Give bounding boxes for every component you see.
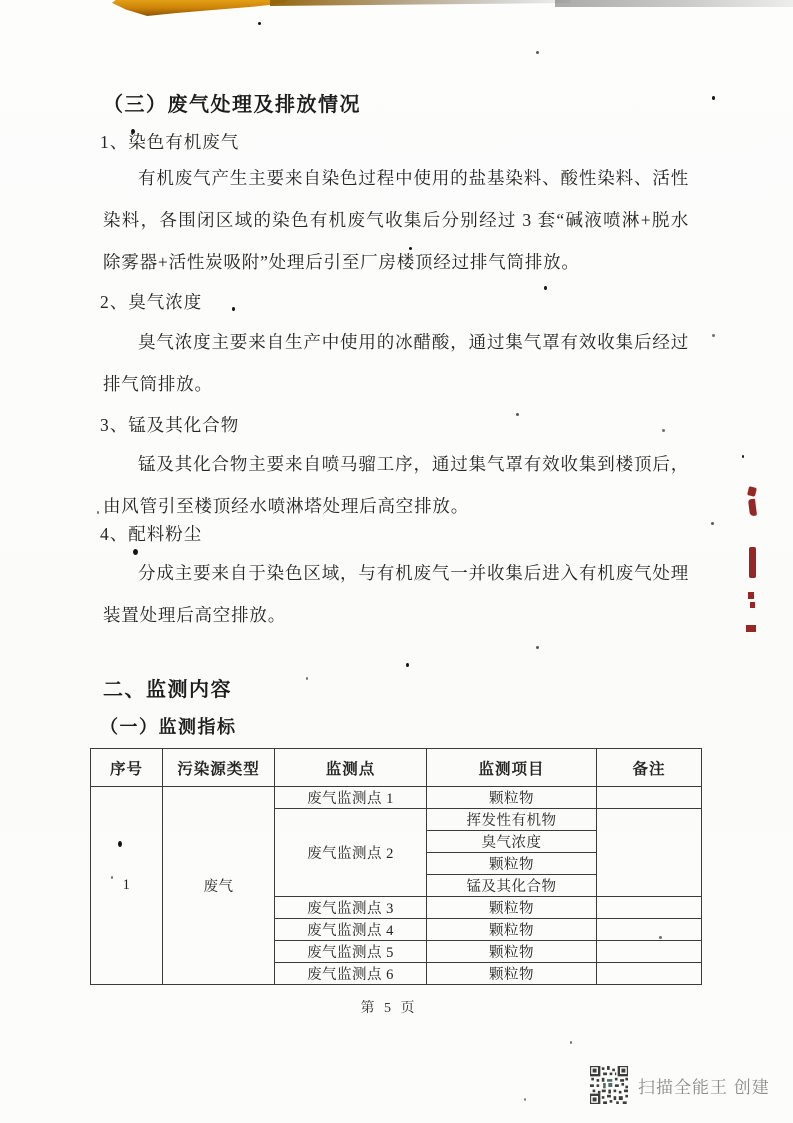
seal-fragment [749,547,756,578]
ink-speck [524,1098,526,1101]
monitoring-point-cell: 废气监测点 2 [275,809,427,897]
subsection-heading-monitoring-indicators: （一）监测指标 [100,713,237,739]
paragraph-manganese-compounds: 锰及其化合物主要来自喷马骝工序，通过集气罩有效收集到楼顶后，由风管引至楼顶经水喷… [103,443,689,527]
ink-speck [536,646,539,649]
section-heading-monitoring-content: 二、监测内容 [103,673,232,702]
monitoring-point-cell: 废气监测点 6 [275,963,427,985]
ink-speck [258,22,261,25]
monitoring-item-cell: 挥发性有机物 [427,809,597,831]
item-label-3: 3、锰及其化合物 [100,412,239,437]
ink-speck [712,334,715,337]
monitoring-item-cell: 颗粒物 [427,919,597,941]
monitoring-point-cell: 废气监测点 5 [275,941,427,963]
header-monitoring-point: 监测点 [275,749,427,787]
seal-fragment [747,486,757,497]
ink-speck [306,677,308,680]
monitoring-item-cell: 颗粒物 [427,897,597,919]
paragraph-odor-concentration: 臭气浓度主要来自生产中使用的冰醋酸，通过集气罩有效收集后经过排气筒排放。 [103,321,689,405]
monitoring-item-cell: 颗粒物 [427,787,597,809]
paragraph-batching-dust: 分成主要来自于染色区域，与有机废气一并收集后进入有机废气处理装置处理后高空排放。 [103,552,689,636]
monitoring-point-cell: 废气监测点 4 [275,919,427,941]
monitoring-indicators-table: 序号 污染源类型 监测点 监测项目 备注 1 废气 废气监测点 1 颗粒物 废气… [90,748,702,985]
remarks-cell [597,787,702,809]
remarks-cell [597,941,702,963]
monitoring-item-cell: 颗粒物 [427,963,597,985]
remarks-cell [597,809,702,897]
ink-speck [232,307,235,311]
ink-speck [97,511,99,514]
ink-speck [742,455,744,458]
ink-speck [570,1041,572,1044]
scanner-watermark: 扫描全能王 创建 [590,1066,770,1104]
page-number: 第 5 页 [0,997,778,1017]
item-label-2: 2、臭气浓度 [100,289,202,314]
table-header-row: 序号 污染源类型 监测点 监测项目 备注 [91,749,702,787]
remarks-cell [597,897,702,919]
ink-speck [536,51,539,54]
remarks-cell [597,963,702,985]
table-row: 1 废气 废气监测点 1 颗粒物 [91,787,702,809]
monitoring-point-cell: 废气监测点 1 [275,787,427,809]
scan-edge-shadow [555,0,793,7]
ink-speck [516,413,519,416]
monitoring-point-cell: 废气监测点 3 [275,897,427,919]
orange-stain-artifact [112,0,288,16]
monitoring-item-cell: 臭气浓度 [427,831,597,853]
ink-speck [711,522,714,525]
header-serial-number: 序号 [91,749,163,787]
seal-fragment [746,625,756,632]
paragraph-dyeing-organic-waste-gas: 有机废气产生主要来自染色过程中使用的盐基染料、酸性染料、活性染料，各围闭区域的染… [103,157,689,283]
monitoring-item-cell: 颗粒物 [427,853,597,875]
pollution-source-cell: 废气 [163,787,275,985]
ink-speck [544,286,547,290]
monitoring-item-cell: 锰及其化合物 [427,875,597,897]
header-remarks: 备注 [597,749,702,787]
serial-number-cell: 1 [91,787,163,985]
seal-fragment [748,499,757,517]
monitoring-item-cell: 颗粒物 [427,941,597,963]
qr-code-icon [590,1066,628,1104]
seal-fragment [750,602,755,608]
ink-speck [712,96,715,100]
scanned-document-page: （三）废气处理及排放情况 1、染色有机废气 有机废气产生主要来自染色过程中使用的… [0,0,793,1123]
item-label-4: 4、配料粉尘 [100,521,202,546]
orange-stain-streak [270,0,570,6]
remarks-cell [597,919,702,941]
header-pollution-source-type: 污染源类型 [163,749,275,787]
ink-speck [662,429,665,432]
header-monitoring-item: 监测项目 [427,749,597,787]
seal-fragment [748,592,754,599]
section-heading-waste-gas: （三）废气处理及排放情况 [103,88,361,117]
watermark-text: 扫描全能王 创建 [638,1073,770,1098]
ink-speck [406,663,409,667]
item-label-1: 1、染色有机废气 [100,129,239,154]
